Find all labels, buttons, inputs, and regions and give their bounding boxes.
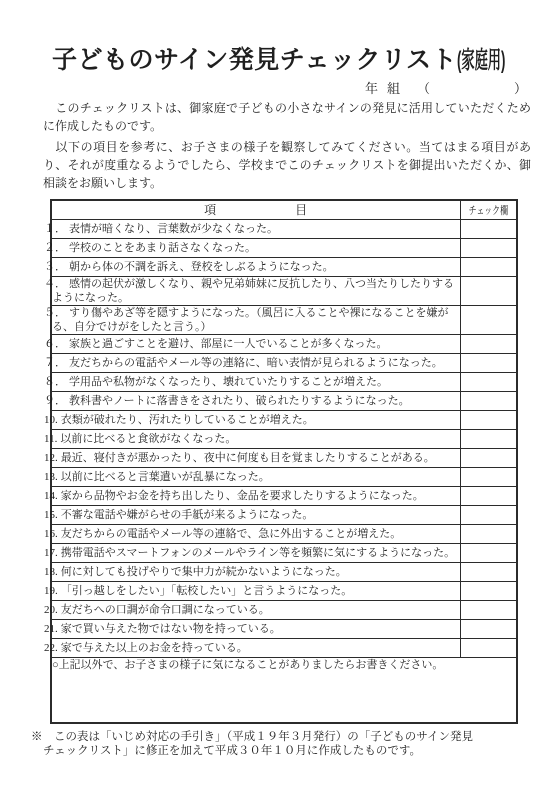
item-cell: 20.友だちへの口調が命令口調になっている。 [51,600,461,619]
item-cell: １．表情が暗くなり、言葉数が少なくなった。 [51,219,461,238]
item-cell: ６．家族と過ごすことを避け、部屋に一人でいることが多くなった。 [51,334,461,353]
footnote-line-1: ※ この表は「いじめ対応の手引き」（平成１９年３月発行）の「子どものサイン発見 [31,731,529,745]
row-text: 学校のことをあまり話さなくなった。 [69,242,256,254]
free-entry-body: ○上記以外で、お子さまの様子に気になることがありましたらお書きください。 [51,657,517,723]
check-cell[interactable] [461,429,517,448]
row-text: すり傷やあざ等を隠すようになった。（風呂に入ることや裸になることを嫌がる、自分で… [52,307,449,333]
row-text: 感情の起伏が激しくなり、親や兄弟姉妹に反抗したり、八つ当たりしたりするようになっ… [52,278,454,304]
table-row: ７．友だちからの電話やメール等の連絡に、暗い表情が見られるようになった。 [51,353,517,372]
row-number: 12. [44,452,58,464]
row-number: ９． [44,395,66,407]
check-cell[interactable] [461,581,517,600]
item-cell: 14.家から品物やお金を持ち出したり、金品を要求したりするようになった。 [51,486,461,505]
row-number: 16. [44,528,58,540]
item-cell: ９．教科書やノートに落書きをされたり、破られたりするようになった。 [51,391,461,410]
table-row: ２．学校のことをあまり話さなくなった。 [51,238,517,257]
item-cell: 13.以前に比べると言葉遣いが乱暴になった。 [51,467,461,486]
grade-class-label: 組 [387,81,400,96]
row-number: 11. [44,433,57,445]
table-row: 18.何に対しても投げやりで集中力が続かないようになった。 [51,562,517,581]
page-title: 子どものサイン発見チェックリスト(家庭用) [0,40,557,76]
free-entry-area[interactable]: ○上記以外で、お子さまの様子に気になることがありましたらお書きください。 [51,657,517,723]
table-row: 16.友だちからの電話やメール等の連絡で、急に外出することが増えた。 [51,524,517,543]
row-number: 19. [44,585,58,597]
row-number: ８． [44,376,66,388]
check-cell[interactable] [461,600,517,619]
item-cell: ７．友だちからの電話やメール等の連絡に、暗い表情が見られるようになった。 [51,353,461,372]
footnote: ※ この表は「いじめ対応の手引き」（平成１９年３月発行）の「子どものサイン発見 … [31,731,529,758]
row-text: 不審な電話や嫌がらせの手紙が来るようになった。 [61,509,314,521]
check-cell[interactable] [461,219,517,238]
row-number: ４． [44,278,66,290]
table-row: 14.家から品物やお金を持ち出したり、金品を要求したりするようになった。 [51,486,517,505]
page-title-suffix: (家庭用) [457,40,505,75]
check-cell[interactable] [461,619,517,638]
footnote-line-2: チェックリスト」に修正を加えて平成３０年１０月に作成したものです。 [31,745,529,759]
free-entry-row: ○上記以外で、お子さまの様子に気になることがありましたらお書きください。 [51,657,517,723]
table-row: ３．朝から体の不調を訴え、登校をしぶるようになった。 [51,257,517,276]
table-row: 11.以前に比べると食欲がなくなった。 [51,429,517,448]
row-text: 携帯電話やスマートフォンのメールやライン等を頻繁に気にするようになった。 [61,547,455,559]
table-row: ８．学用品や私物がなくなったり、壊れていたりすることが増えた。 [51,372,517,391]
document-page: 子どものサイン発見チェックリスト(家庭用) 年組（） このチェックリストは、御家… [0,0,557,800]
row-text: 家から品物やお金を持ち出したり、金品を要求したりするようになった。 [61,490,424,502]
checklist-table: 項 目 チェック欄 １．表情が暗くなり、言葉数が少なくなった。 ２．学校のことを… [50,199,518,724]
row-number: 14. [44,490,58,502]
row-number: 17. [44,547,58,559]
intro-paragraph-2: 以下の項目を参考に、お子さまの様子を観察してみてください。当てはまる項目があり、… [43,138,531,192]
row-number: 20. [44,604,58,616]
rows-body: １．表情が暗くなり、言葉数が少なくなった。 ２．学校のことをあまり話さなくなった… [51,219,517,657]
row-text: 表情が暗くなり、言葉数が少なくなった。 [69,223,278,235]
item-cell: 17.携帯電話やスマートフォンのメールやライン等を頻繁に気にするようになった。 [51,543,461,562]
item-cell: 12.最近、寝付きが悪かったり、夜中に何度も目を覚ましたりすることがある。 [51,448,461,467]
row-number: ３． [44,261,66,273]
row-text: 何に対しても投げやりで集中力が続かないようになった。 [61,566,347,578]
item-cell: 18.何に対しても投げやりで集中力が続かないようになった。 [51,562,461,581]
table-header: 項 目 チェック欄 [51,200,517,219]
check-cell[interactable] [461,257,517,276]
table-row: ４．感情の起伏が激しくなり、親や兄弟姉妹に反抗したり、八つ当たりしたりするように… [51,276,517,305]
row-number: ６． [44,338,66,350]
table-row: 22.家で与えた以上のお金を持っている。 [51,638,517,657]
row-text: 以前に比べると食欲がなくなった。 [60,433,236,445]
table-row: 15.不審な電話や嫌がらせの手紙が来るようになった。 [51,505,517,524]
header-item-label: 項 目 [51,200,461,219]
check-cell[interactable] [461,353,517,372]
item-cell: 15.不審な電話や嫌がらせの手紙が来るようになった。 [51,505,461,524]
check-cell[interactable] [461,543,517,562]
row-text: 教科書やノートに落書きをされたり、破られたりするようになった。 [69,395,410,407]
check-cell[interactable] [461,276,517,305]
row-text: 家で与えた以上のお金を持っている。 [61,642,248,654]
row-text: 「引っ越しをしたい」「転校したい」と言うようになった。 [61,585,353,597]
page-title-text: 子どものサイン発見チェックリスト [52,46,457,74]
item-cell: ５．すり傷やあざ等を隠すようになった。（風呂に入ることや裸になることを嫌がる、自… [51,305,461,334]
check-cell[interactable] [461,448,517,467]
item-cell: 22.家で与えた以上のお金を持っている。 [51,638,461,657]
row-text: 友だちからの電話やメール等の連絡で、急に外出することが増えた。 [61,528,402,540]
check-cell[interactable] [461,505,517,524]
check-cell[interactable] [461,638,517,657]
row-number: ７． [44,357,66,369]
table-row: 17.携帯電話やスマートフォンのメールやライン等を頻繁に気にするようになった。 [51,543,517,562]
paren-close: ） [514,81,527,96]
row-number: ５． [44,307,66,319]
intro-paragraph-1: このチェックリストは、御家庭で子どもの小さなサインの発見に活用していただくために… [43,99,531,135]
item-cell: 19.「引っ越しをしたい」「転校したい」と言うようになった。 [51,581,461,600]
row-text: 家族と過ごすことを避け、部屋に一人でいることが多くなった。 [69,338,388,350]
table-row: ５．すり傷やあざ等を隠すようになった。（風呂に入ることや裸になることを嫌がる、自… [51,305,517,334]
check-cell[interactable] [461,372,517,391]
item-cell: 11.以前に比べると食欲がなくなった。 [51,429,461,448]
free-entry-prompt: ○上記以外で、お子さまの様子に気になることがありましたらお書きください。 [52,659,443,671]
row-text: 友だちからの電話やメール等の連絡に、暗い表情が見られるようになった。 [69,357,443,369]
table-row: 20.友だちへの口調が命令口調になっている。 [51,600,517,619]
item-cell: ３．朝から体の不調を訴え、登校をしぶるようになった。 [51,257,461,276]
row-number: １． [44,223,66,235]
row-number: 22. [44,642,58,654]
row-text: 家で買い与えた物ではない物を持っている。 [61,623,281,635]
check-cell[interactable] [461,334,517,353]
row-text: 友だちへの口調が命令口調になっている。 [61,604,270,616]
row-text: 朝から体の不調を訴え、登校をしぶるようになった。 [69,261,334,273]
table-row: ６．家族と過ごすことを避け、部屋に一人でいることが多くなった。 [51,334,517,353]
row-text: 以前に比べると言葉遣いが乱暴になった。 [61,471,270,483]
table-row: 13.以前に比べると言葉遣いが乱暴になった。 [51,467,517,486]
table-row: 12.最近、寝付きが悪かったり、夜中に何度も目を覚ましたりすることがある。 [51,448,517,467]
table-row: ９．教科書やノートに落書きをされたり、破られたりするようになった。 [51,391,517,410]
header-check-label: チェック欄 [461,200,517,219]
check-cell[interactable] [461,486,517,505]
paren-open: （ [417,81,430,96]
row-number: 21. [44,623,58,635]
check-cell[interactable] [461,562,517,581]
row-number: ２． [44,242,66,254]
check-cell[interactable] [461,467,517,486]
table-row: 10.衣類が破れたり、汚れたりしていることが増えた。 [51,410,517,429]
table-row: １．表情が暗くなり、言葉数が少なくなった。 [51,219,517,238]
row-number: 13. [44,471,58,483]
row-number: 15. [44,509,58,521]
check-cell[interactable] [461,391,517,410]
grade-name-blank[interactable] [430,80,514,93]
check-cell[interactable] [461,524,517,543]
grade-year-label: 年 [365,81,378,96]
row-number: 18. [44,566,58,578]
item-cell: ２．学校のことをあまり話さなくなった。 [51,238,461,257]
header-check-text: チェック欄 [469,202,508,218]
row-text: 最近、寝付きが悪かったり、夜中に何度も目を覚ましたりすることがある。 [61,452,435,464]
grade-line: 年組（） [0,78,557,96]
item-cell: ４．感情の起伏が激しくなり、親や兄弟姉妹に反抗したり、八つ当たりしたりするように… [51,276,461,305]
row-text: 衣類が破れたり、汚れたりしていることが増えた。 [61,414,314,426]
row-number: 10. [44,414,58,426]
check-cell[interactable] [461,305,517,334]
check-cell[interactable] [461,238,517,257]
check-cell[interactable] [461,410,517,429]
header-row: 項 目 チェック欄 [51,200,517,219]
table-row: 19.「引っ越しをしたい」「転校したい」と言うようになった。 [51,581,517,600]
row-text: 学用品や私物がなくなったり、壊れていたりすることが増えた。 [69,376,388,388]
item-cell: ８．学用品や私物がなくなったり、壊れていたりすることが増えた。 [51,372,461,391]
item-cell: 21.家で買い与えた物ではない物を持っている。 [51,619,461,638]
item-cell: 10.衣類が破れたり、汚れたりしていることが増えた。 [51,410,461,429]
table-row: 21.家で買い与えた物ではない物を持っている。 [51,619,517,638]
item-cell: 16.友だちからの電話やメール等の連絡で、急に外出することが増えた。 [51,524,461,543]
